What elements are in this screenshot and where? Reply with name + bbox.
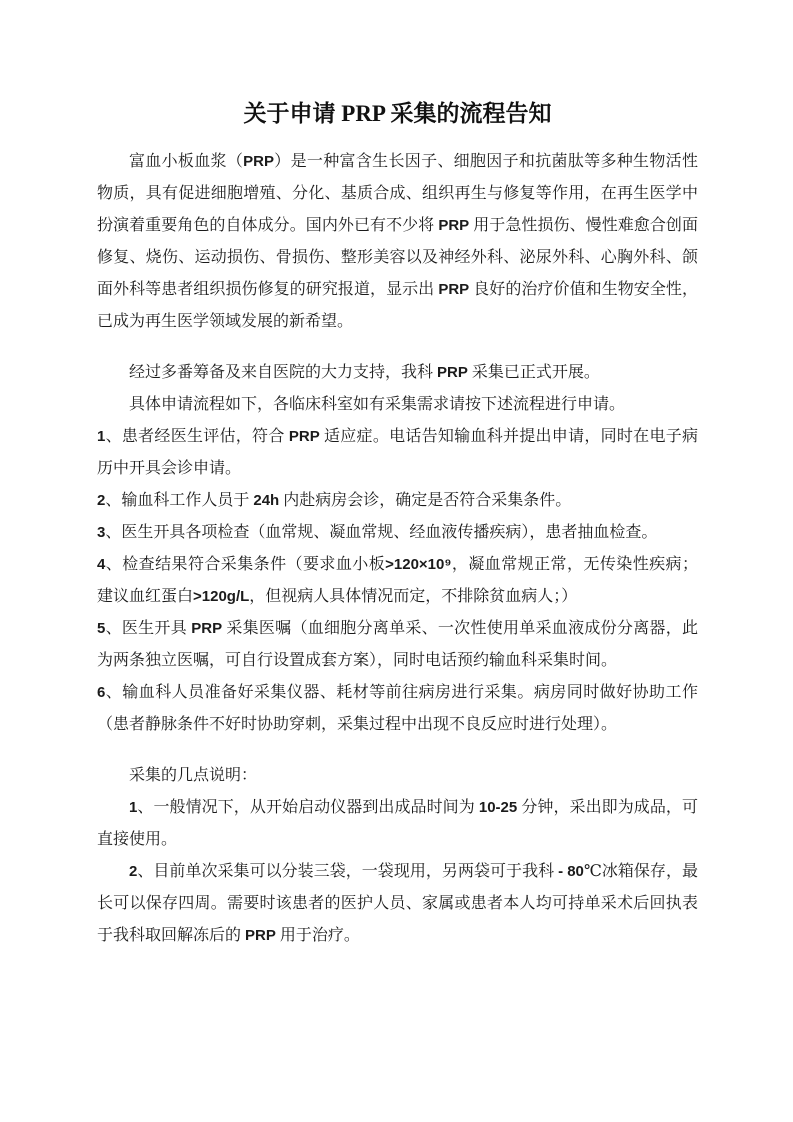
- latin-text-run: PRP: [438, 217, 469, 234]
- paragraph: 5、医生开具 PRP 采集医嘱（血细胞分离单采、一次性使用单采血液成份分离器，此…: [97, 613, 698, 677]
- latin-text-run: 2: [97, 492, 105, 509]
- latin-text-run: 24h: [253, 492, 279, 509]
- paragraph: 3、医生开具各项检查（血常规、凝血常规、经血液传播疾病），患者抽血检查。: [97, 517, 698, 549]
- paragraph: 2、输血科工作人员于 24h 内赴病房会诊，确定是否符合采集条件。: [97, 485, 698, 517]
- latin-text-run: 1: [97, 428, 105, 445]
- paragraph: 具体申请流程如下，各临床科室如有采集需求请按下述流程进行申请。: [97, 389, 698, 421]
- latin-text-run: >120×10⁹: [385, 556, 451, 573]
- paragraph: 2、目前单次采集可以分装三袋，一袋现用，另两袋可于我科 - 80℃冰箱保存，最长…: [97, 856, 698, 952]
- paragraph: 4、检查结果符合采集条件（要求血小板>120×10⁹，凝血常规正常，无传染性疾病…: [97, 549, 698, 613]
- latin-text-run: 10-25: [479, 799, 517, 816]
- paragraph: 1、患者经医生评估，符合 PRP 适应症。电话告知输血科并提出申请，同时在电子病…: [97, 421, 698, 485]
- paragraph: 1、一般情况下，从开始启动仪器到出成品时间为 10-25 分钟，采出即为成品，可…: [97, 792, 698, 856]
- latin-text-run: PRP: [437, 364, 468, 381]
- latin-text-run: PRP: [438, 281, 469, 298]
- latin-text-run: PRP: [289, 428, 320, 445]
- latin-text-run: 2: [129, 863, 137, 880]
- latin-text-run: PRP: [191, 620, 222, 637]
- document-title: 关于申请 PRP 采集的流程告知: [97, 97, 698, 131]
- paragraph: 富血小板血浆（PRP）是一种富含生长因子、细胞因子和抗菌肽等多种生物活性物质，具…: [97, 146, 698, 338]
- document-body: 富血小板血浆（PRP）是一种富含生长因子、细胞因子和抗菌肽等多种生物活性物质，具…: [97, 146, 698, 952]
- paragraph: 经过多番筹备及来自医院的大力支持，我科 PRP 采集已正式开展。: [97, 357, 698, 389]
- latin-text-run: 4: [97, 556, 105, 573]
- latin-text-run: 3: [97, 524, 105, 541]
- document-page: 关于申请 PRP 采集的流程告知 富血小板血浆（PRP）是一种富含生长因子、细胞…: [0, 0, 793, 1122]
- latin-text-run: >120g/L: [193, 588, 249, 605]
- latin-text-run: 5: [97, 620, 105, 637]
- paragraph: 采集的几点说明：: [97, 760, 698, 792]
- latin-text-run: 1: [129, 799, 137, 816]
- paragraph: 6、输血科人员准备好采集仪器、耗材等前往病房进行采集。病房同时做好协助工作（患者…: [97, 677, 698, 741]
- latin-text-run: PRP: [245, 927, 276, 944]
- latin-text-run: 6: [97, 684, 105, 701]
- latin-text-run: -: [558, 863, 563, 880]
- latin-text-run: PRP: [243, 153, 274, 170]
- latin-text-run: 80: [567, 863, 584, 880]
